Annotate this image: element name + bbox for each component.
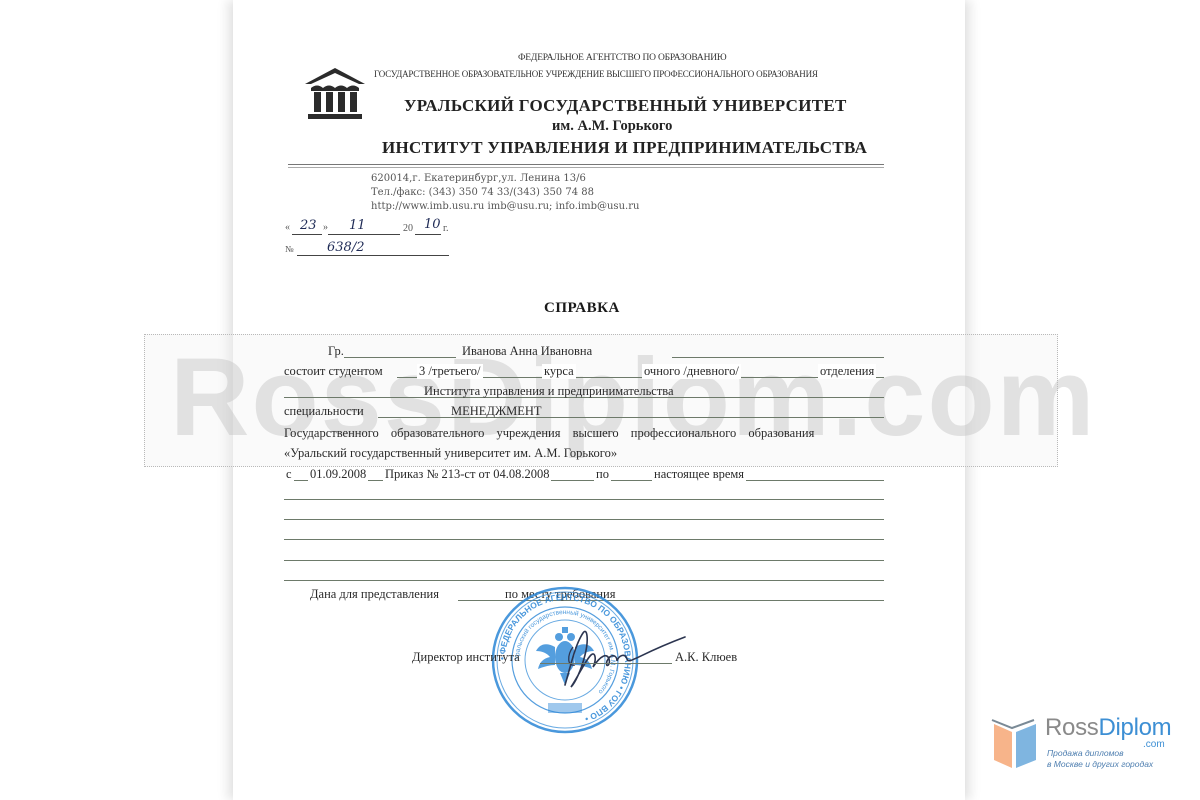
order-reference: Приказ № 213-ст от 04.08.2008 xyxy=(383,467,551,482)
building-columns-icon xyxy=(303,66,367,122)
web-email: http://www.imb.usu.ru imb@usu.ru; info.i… xyxy=(371,200,639,214)
date-year-prefix: 20 xyxy=(403,223,413,234)
student-full-name: Иванова Анна Ивановна xyxy=(462,344,592,359)
brand-tagline-2: в Москве и других городах xyxy=(1047,759,1153,770)
brand-name: RossDiplom xyxy=(1045,714,1171,742)
specialty-label: специальности xyxy=(284,404,364,419)
purpose-label: Дана для представления xyxy=(310,587,439,602)
name-underline-left xyxy=(344,357,456,358)
document-number: 638/2 xyxy=(327,240,364,255)
number-underline xyxy=(297,255,449,256)
to-value: настоящее время xyxy=(652,467,746,482)
date-year-suffix: 10 xyxy=(424,217,441,232)
agency-name: ФЕДЕРАЛЬНОЕ АГЕНТСТВО ПО ОБРАЗОВАНИЮ xyxy=(518,53,726,63)
university-named-after: им. А.М. Горького xyxy=(552,118,672,135)
blank-line xyxy=(284,519,884,520)
organization-line-1: Государственного образовательного учрежд… xyxy=(284,426,814,441)
signature-icon xyxy=(545,625,695,695)
to-label: по xyxy=(594,467,611,482)
university-name: УРАЛЬСКИЙ ГОСУДАРСТВЕННЫЙ УНИВЕРСИТЕТ xyxy=(404,96,847,116)
brand-name-part2: Diplom xyxy=(1098,714,1171,741)
signer-label: Директор института xyxy=(412,650,520,665)
organization-line-2: «Уральский государственный университет и… xyxy=(284,446,617,461)
from-date: 01.09.2008 xyxy=(308,467,368,482)
date-quote-open: « xyxy=(285,222,290,233)
open-book-icon xyxy=(990,718,1040,770)
address: 620014,г. Екатеринбург,ул. Ленина 13/6 xyxy=(371,172,586,186)
blank-line xyxy=(284,539,884,540)
header-divider-2 xyxy=(288,167,884,168)
date-quote-close: » xyxy=(323,222,328,233)
date-day: 23 xyxy=(300,218,317,233)
document-title: СПРАВКА xyxy=(544,300,620,317)
name-underline-right xyxy=(672,357,884,358)
blank-line xyxy=(284,580,884,581)
course-label: курса xyxy=(542,364,576,379)
signer-name: А.К. Клюев xyxy=(675,650,737,665)
phone-fax: Тел./факс: (343) 350 74 33/(343) 350 74 … xyxy=(371,186,594,200)
header-divider xyxy=(288,164,884,165)
date-day-underline xyxy=(292,234,322,235)
date-month: 11 xyxy=(349,218,366,233)
institute-name-body: Института управления и предпринимательст… xyxy=(424,384,674,399)
citizen-label: Гр. xyxy=(328,344,344,359)
date-year-unit: г. xyxy=(443,223,448,234)
brand-tagline-1: Продажа дипломов xyxy=(1047,748,1124,759)
blank-line xyxy=(284,499,884,500)
study-form: очного /дневного/ xyxy=(642,364,741,379)
institute-name: ИНСТИТУТ УПРАВЛЕНИЯ И ПРЕДПРИНИМАТЕЛЬСТВ… xyxy=(382,138,867,158)
blank-line xyxy=(284,560,884,561)
date-month-underline xyxy=(328,234,400,235)
course-value: 3 /третьего/ xyxy=(417,364,483,379)
department-label: отделения xyxy=(818,364,876,379)
from-label: с xyxy=(286,467,292,482)
status-label: состоит студентом xyxy=(284,364,383,379)
brand-name-part1: Ross xyxy=(1045,714,1098,741)
institution-type: ГОСУДАРСТВЕННОЕ ОБРАЗОВАТЕЛЬНОЕ УЧРЕЖДЕН… xyxy=(374,69,818,79)
brand-domain: .com xyxy=(1143,739,1165,750)
number-label: № xyxy=(285,244,294,254)
specialty-value: МЕНЕДЖМЕНТ xyxy=(451,404,542,419)
signature-underline xyxy=(540,663,672,664)
date-year-underline xyxy=(415,234,441,235)
